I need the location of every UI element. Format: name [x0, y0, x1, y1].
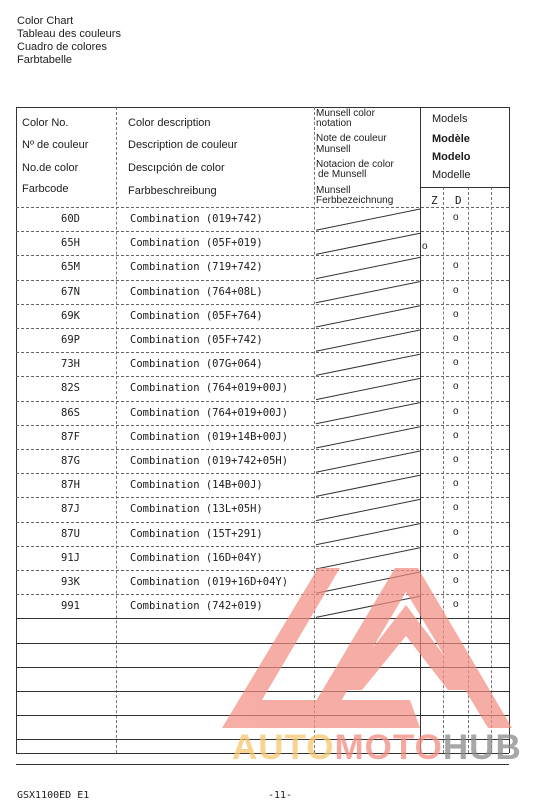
row-divider — [16, 280, 509, 281]
title-es: Cuadro de colores — [17, 41, 121, 54]
col-divider-munsell — [314, 107, 315, 753]
munsell-strikethrough-lines — [16, 107, 509, 753]
col-divider-4 — [491, 187, 492, 753]
col-divider-desc — [116, 107, 117, 753]
title-de: Farbtabelle — [17, 54, 121, 67]
footer-model-code: GSX1100ED E1 — [17, 790, 89, 801]
header-bottom-line — [16, 207, 509, 208]
row-divider — [16, 497, 509, 498]
row-divider — [16, 328, 509, 329]
row-divider — [16, 449, 509, 450]
row-divider — [16, 546, 509, 547]
title-fr: Tableau des couleurs — [17, 28, 121, 41]
row-divider — [16, 522, 509, 523]
table-left-border — [16, 107, 17, 753]
col-divider-models — [420, 107, 421, 753]
col-divider-3 — [468, 187, 469, 753]
models-subheader-line — [420, 187, 509, 188]
table-bottom-border — [16, 753, 509, 754]
row-divider — [16, 691, 509, 692]
col-divider-d — [443, 187, 444, 753]
row-divider — [16, 352, 509, 353]
row-divider — [16, 376, 509, 377]
row-divider — [16, 618, 509, 619]
row-divider — [16, 715, 509, 716]
row-divider — [16, 255, 509, 256]
footer-page-number: -11- — [268, 790, 292, 801]
page-titles: Color Chart Tableau des couleurs Cuadro … — [17, 15, 121, 67]
row-divider — [16, 570, 509, 571]
row-divider — [16, 304, 509, 305]
row-divider — [16, 401, 509, 402]
row-divider — [16, 643, 509, 644]
row-divider — [16, 231, 509, 232]
title-en: Color Chart — [17, 15, 121, 28]
table-top-border — [16, 107, 509, 108]
row-divider — [16, 594, 509, 595]
row-divider — [16, 425, 509, 426]
row-divider — [16, 667, 509, 668]
table-right-border — [509, 107, 510, 753]
row-divider — [16, 739, 509, 740]
row-divider — [16, 473, 509, 474]
color-chart-table: Color No. Nº de couleur No.de color Farb… — [16, 107, 509, 753]
row-divider — [16, 764, 509, 765]
